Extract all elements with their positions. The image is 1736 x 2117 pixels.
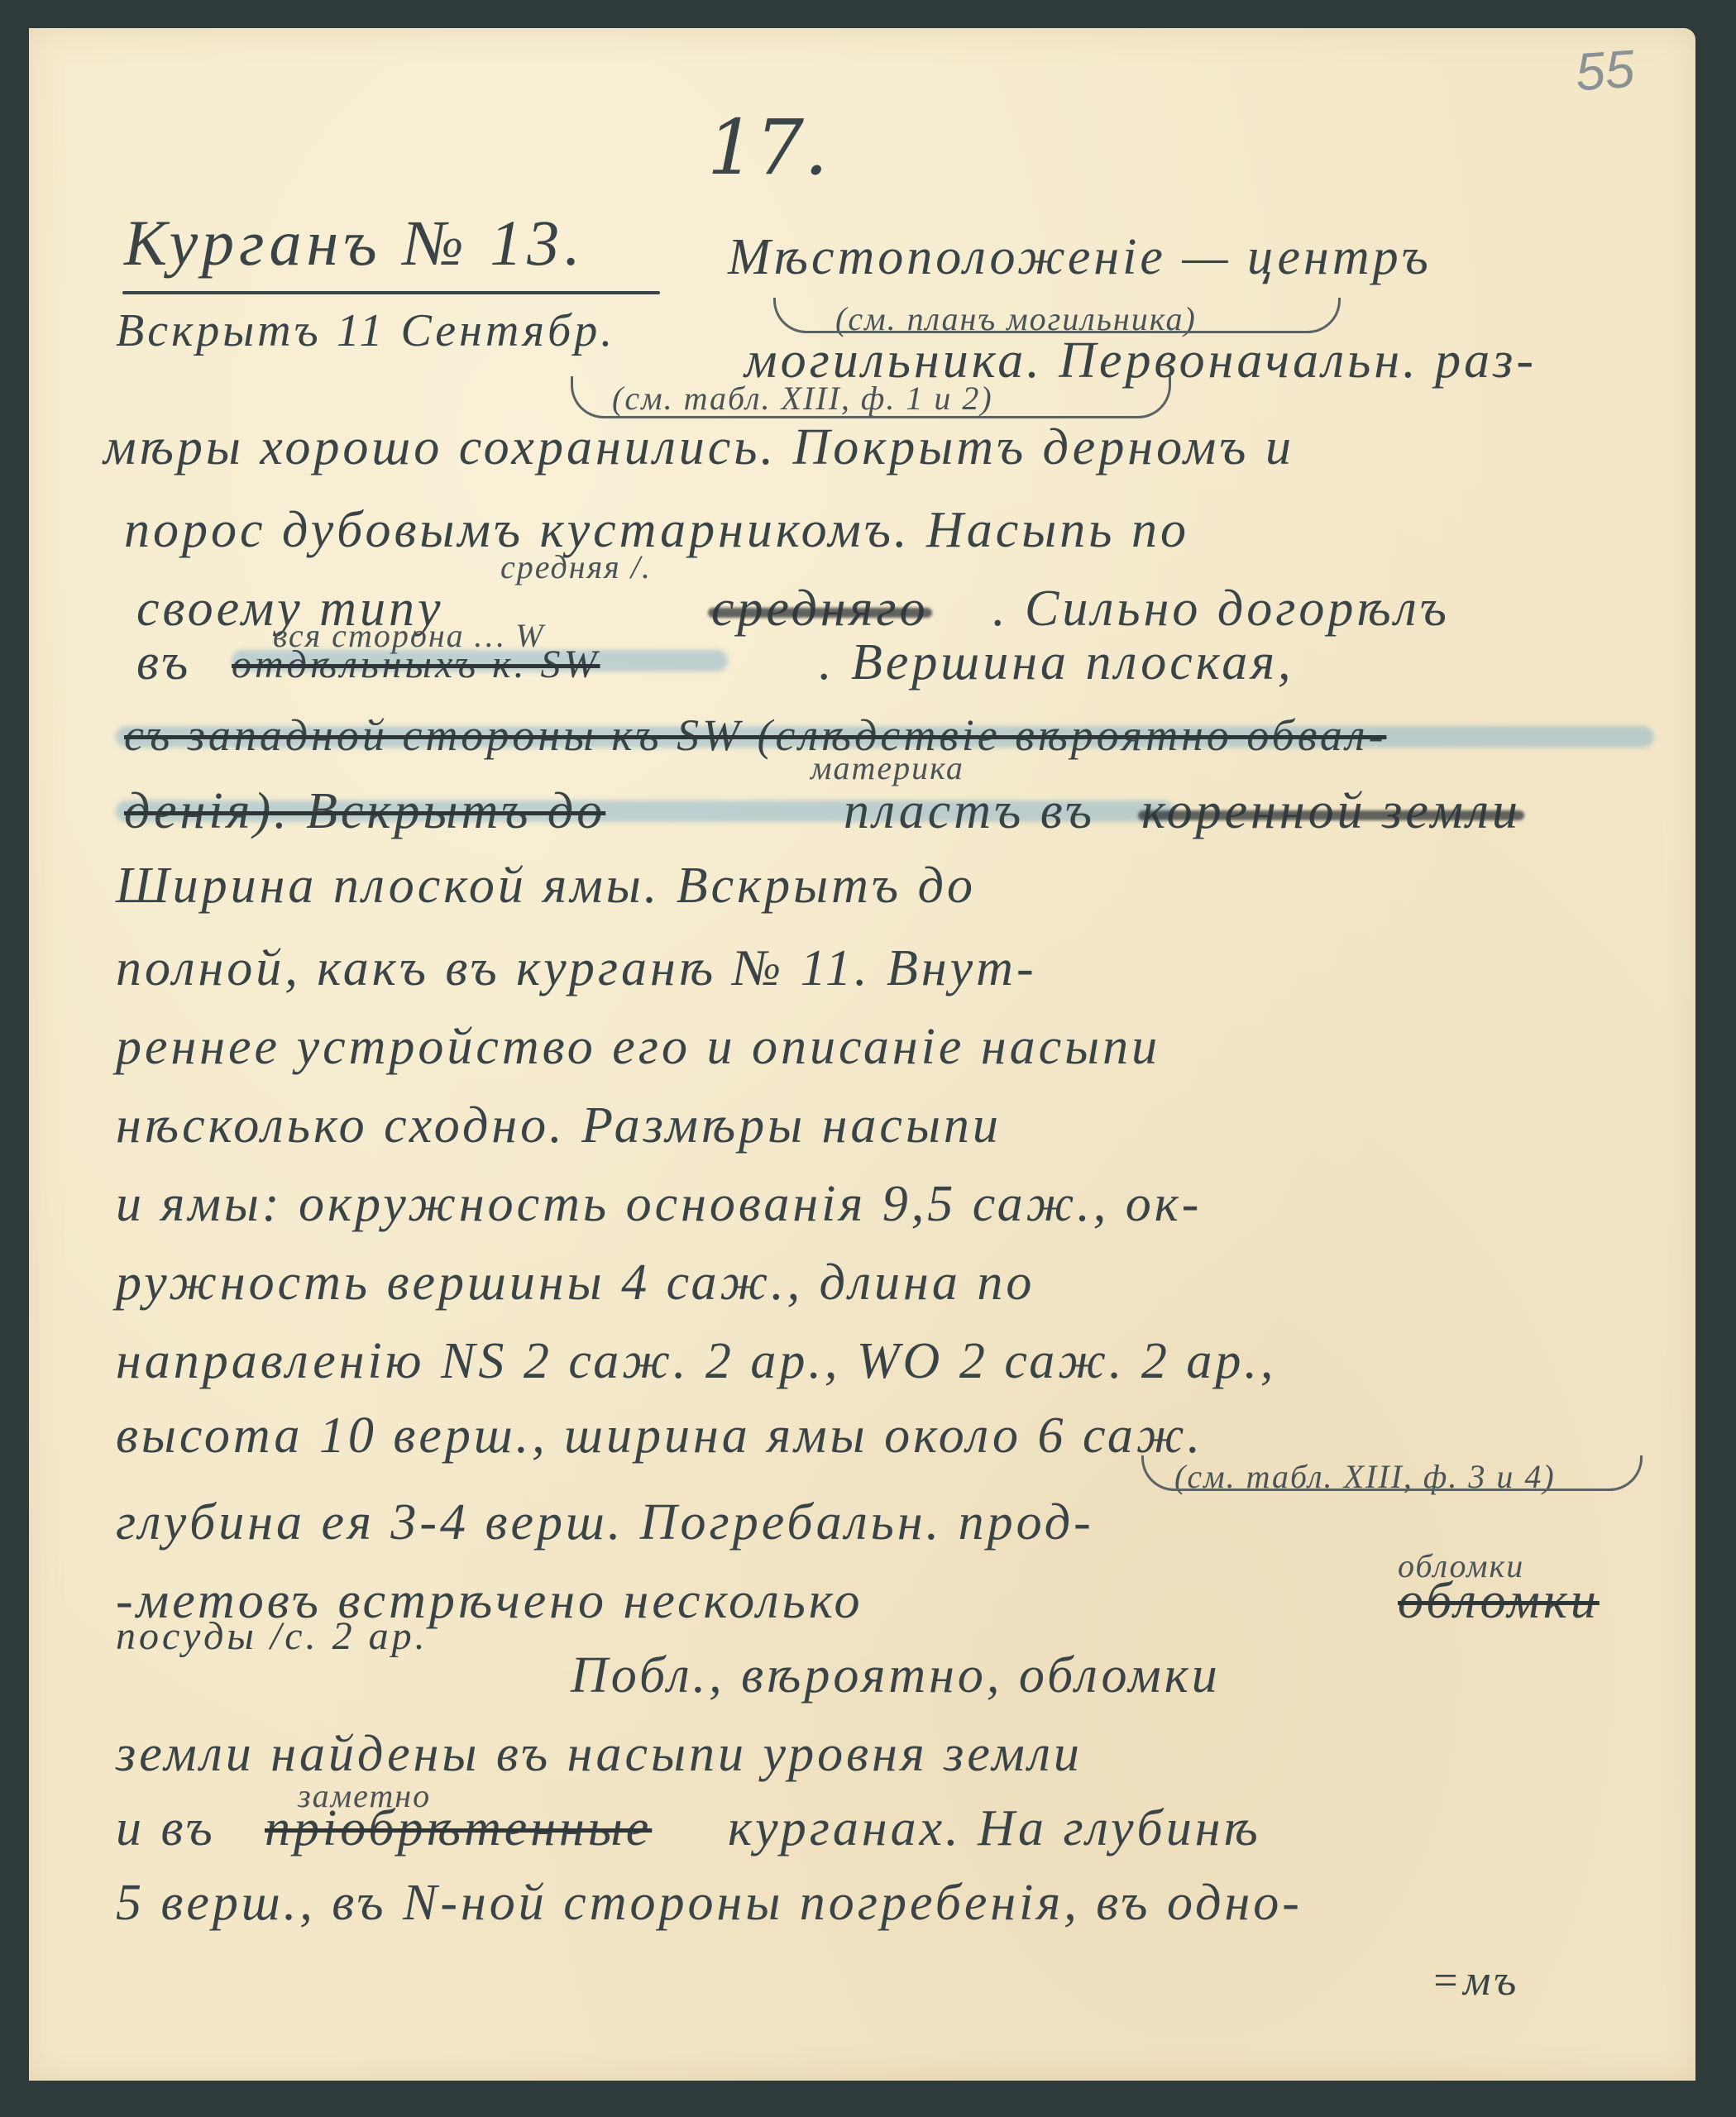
text-line-12: нѣсколько сходно. Размѣры насыпи xyxy=(116,1100,1002,1151)
text-line-6b: . Вершина плоская, xyxy=(819,637,1294,688)
struck-text-line-6: отдѣльныхъ к. SW xyxy=(232,645,600,685)
heading-underline xyxy=(122,291,660,294)
text-line-8b: пластъ въ xyxy=(844,786,1095,837)
page-number: 17. xyxy=(707,103,828,192)
text-line-3: мѣры хорошо сохранились. Покрытъ дерномъ… xyxy=(103,422,1294,473)
struck-text: денія). Вскрытъ до xyxy=(124,783,605,839)
text-line-23: =мъ xyxy=(1431,1960,1519,2003)
text-line-4: порос дубовымъ кустарникомъ. Насыпь по xyxy=(124,504,1189,556)
text-line-15: направленію NS 2 саж. 2 ар., WO 2 саж. 2… xyxy=(116,1336,1276,1387)
text-line-5b: . Сильно догорѣлъ xyxy=(992,583,1450,634)
struck-text: отдѣльныхъ к. SW xyxy=(232,643,600,686)
opening-date: Вскрытъ 11 Сентябр. xyxy=(116,308,615,354)
struck-line-21: пріобрѣтенные xyxy=(265,1803,652,1854)
kurgan-heading: Курганъ № 13. xyxy=(124,211,586,275)
text-line-19b: Побл., вѣроятно, обломки xyxy=(571,1650,1221,1701)
insertion-brace xyxy=(571,376,1171,418)
struck-line-8c: коренной земли xyxy=(1141,786,1521,837)
struck-text: обломки xyxy=(1398,1573,1600,1629)
text-line-21a: и въ xyxy=(116,1803,216,1854)
struck-text: средняго xyxy=(711,581,929,637)
text-line-19a: посуды /с. 2 ар. xyxy=(116,1617,428,1656)
text-line-11: реннее устройство его и описаніе насыпи xyxy=(116,1021,1160,1073)
struck-text: съ западной стороны къ SW (слѣдствіе вѣр… xyxy=(124,710,1386,760)
text-line-16: высота 10 верш., ширина ямы около 6 саж. xyxy=(116,1410,1203,1461)
text-line-13: и ямы: окружность основанія 9,5 саж., ок… xyxy=(116,1178,1202,1230)
archive-folio-number: 55 xyxy=(1574,38,1637,103)
text-line-6a: въ xyxy=(136,637,191,688)
struck-word-line-5: средняго xyxy=(711,583,929,634)
text-line-20: земли найдены въ насыпи уровня земли xyxy=(116,1728,1083,1780)
text-line-21b: курганах. На глубинѣ xyxy=(728,1803,1261,1854)
struck-line-18: обломки xyxy=(1398,1575,1600,1627)
struck-text: коренной земли xyxy=(1141,783,1521,839)
struck-line-7: съ западной стороны къ SW (слѣдствіе вѣр… xyxy=(124,713,1386,757)
insertion-brace xyxy=(1141,1455,1643,1491)
text-line-10: полной, какъ въ курганѣ № 11. Внут- xyxy=(116,943,1037,994)
insertion-subsoil: материка xyxy=(811,748,964,787)
text-line-1: Мѣстоположеніе — центръ xyxy=(728,232,1432,283)
struck-line-8a: денія). Вскрытъ до xyxy=(124,786,605,837)
insertion-middle: средняя /. xyxy=(500,547,652,586)
text-line-22: 5 верш., въ N-ной стороны погребенія, въ… xyxy=(116,1877,1303,1928)
text-line-14: ружность вершины 4 саж., длина по xyxy=(116,1257,1035,1308)
insertion-brace xyxy=(773,298,1341,333)
text-line-17: глубина ея 3-4 верш. Погребальн. прод- xyxy=(116,1497,1094,1548)
struck-text: пріобрѣтенные xyxy=(265,1800,652,1857)
text-line-9: Ширина плоской ямы. Вскрытъ до xyxy=(116,860,976,911)
